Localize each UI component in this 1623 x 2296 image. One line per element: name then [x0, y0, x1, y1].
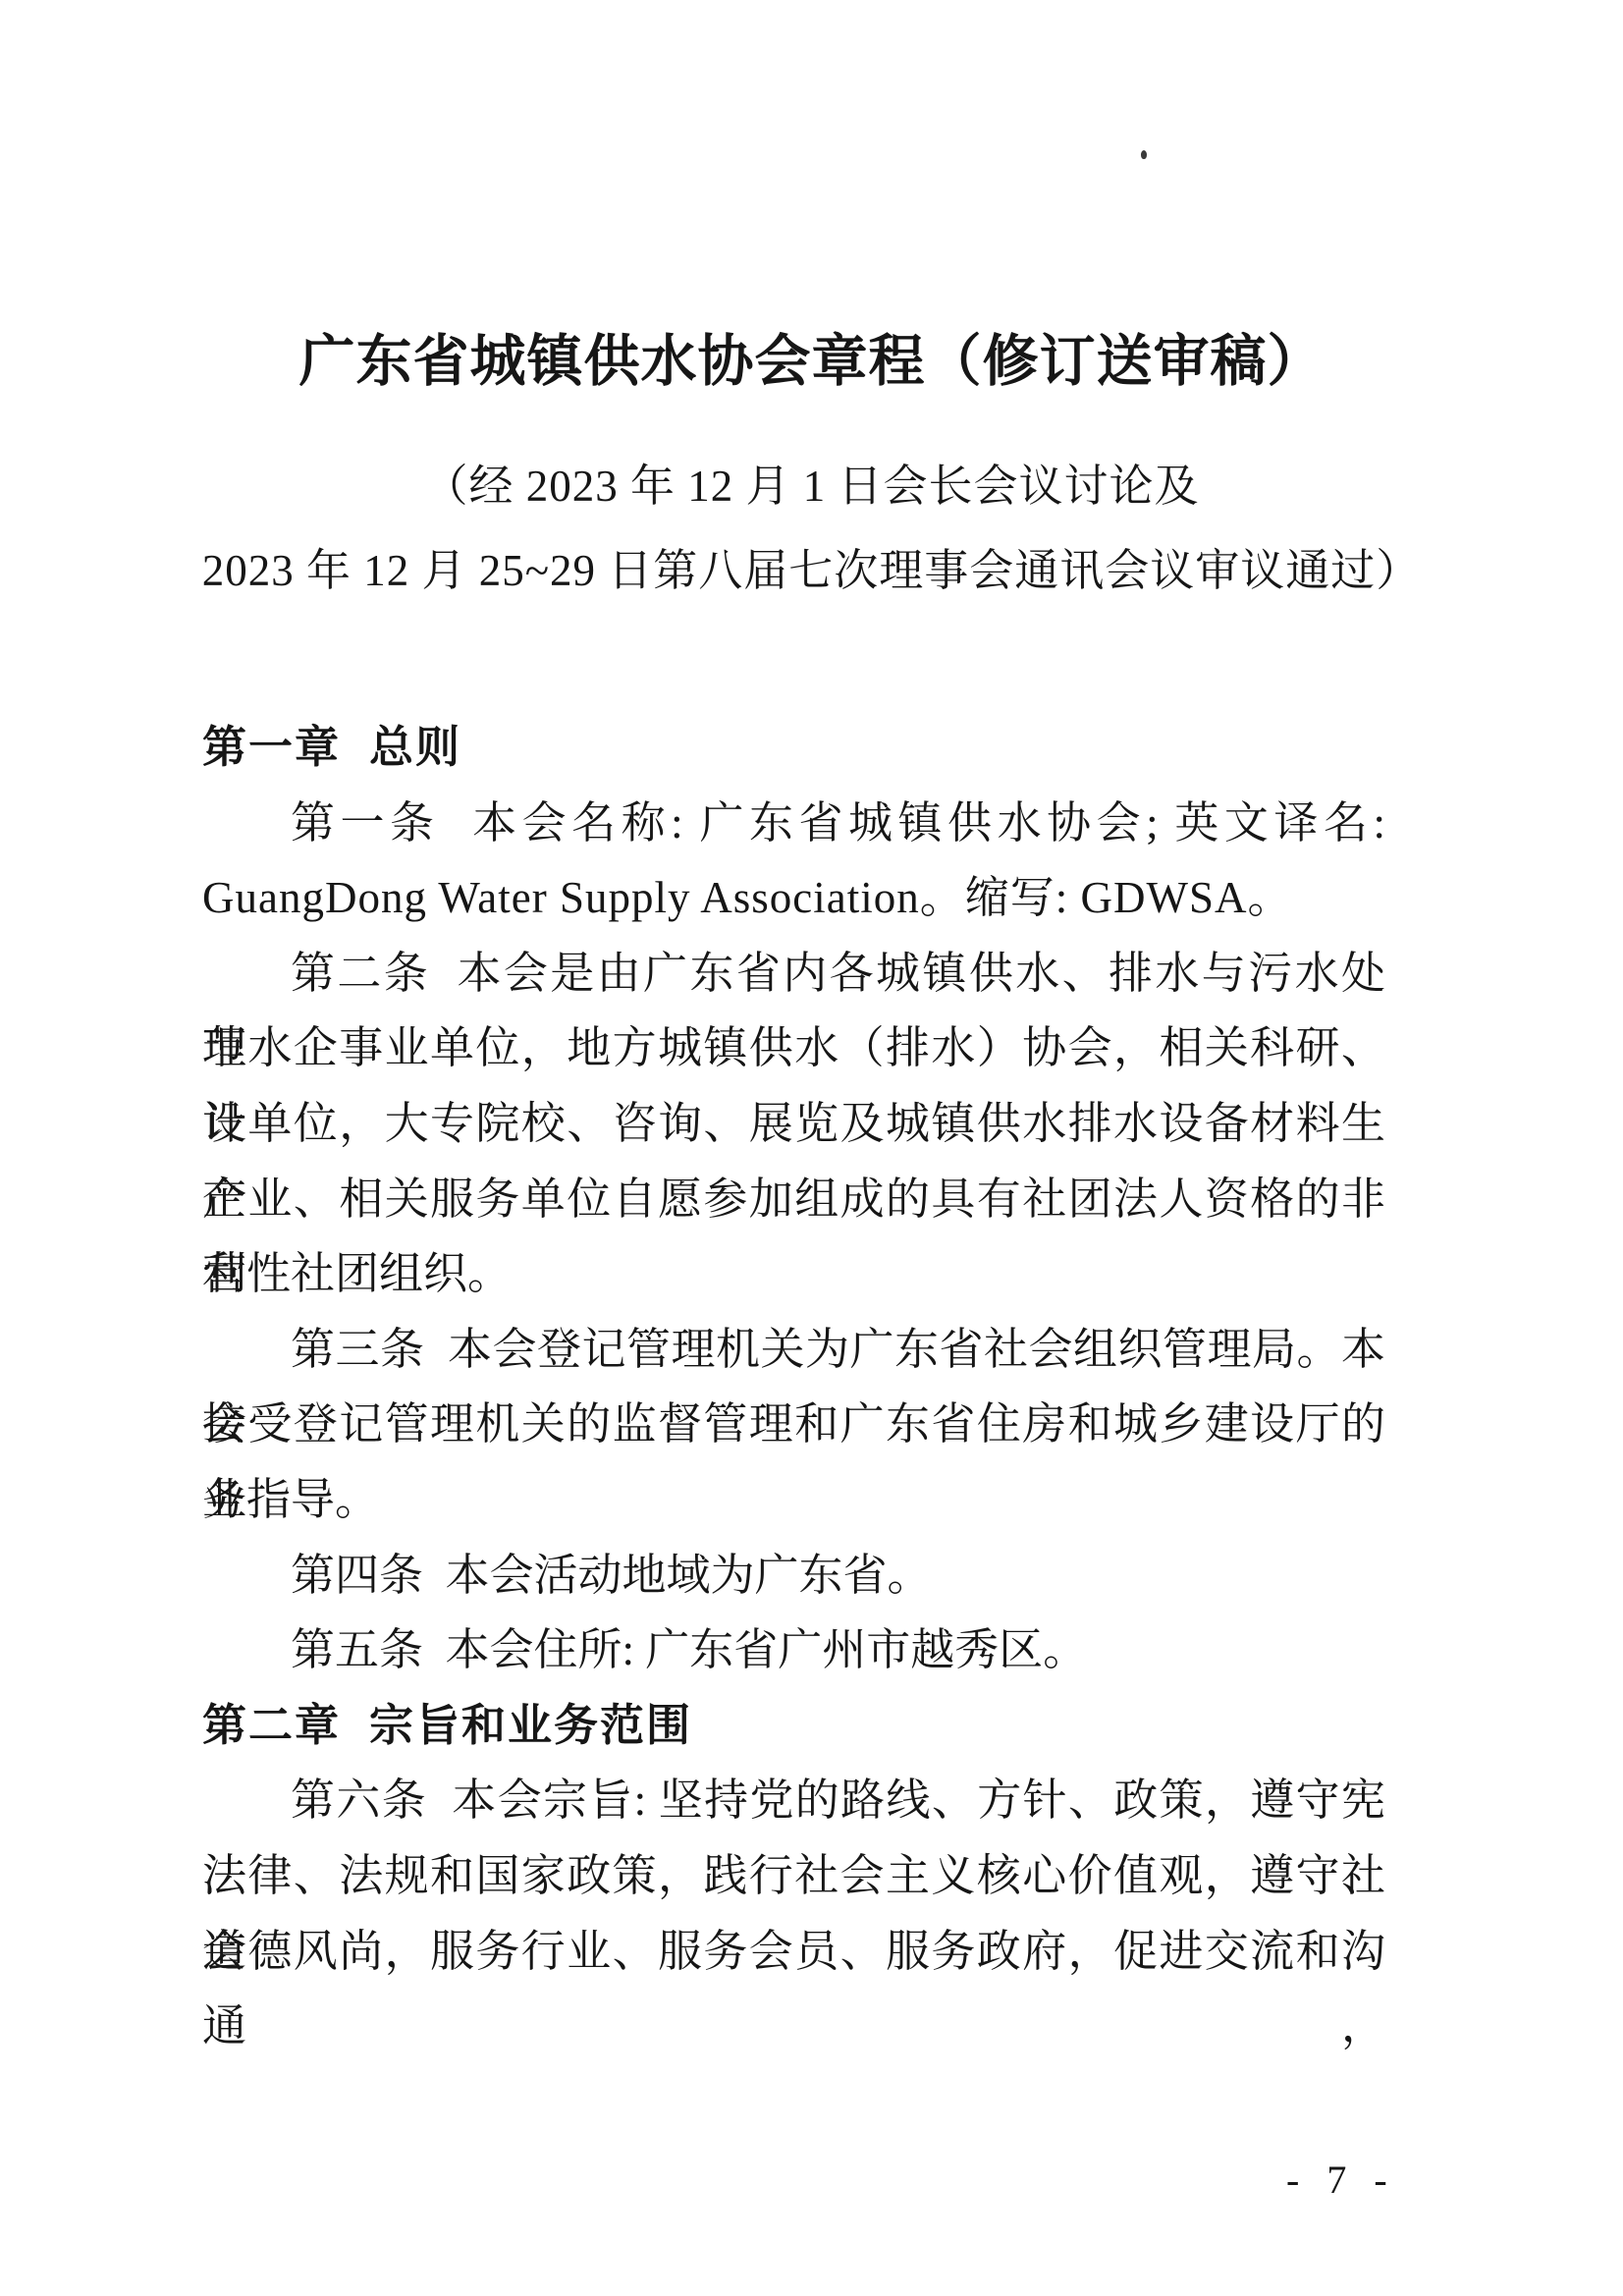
body-line: 第三条 本会登记管理机关为广东省社会组织管理局。本会: [202, 1312, 1385, 1388]
page-number: - 7 -: [1286, 2157, 1396, 2203]
document-body: 第一章 总则 第一条 本会名称: 广东省城镇供水协会; 英文译名: GuangD…: [202, 710, 1385, 1989]
body-line: 利性社团组织。: [202, 1236, 1385, 1312]
body-line: 计单位，大专院校、咨询、展览及城镇供水排水设备材料生产: [202, 1086, 1385, 1162]
body-line: 接受登记管理机关的监督管理和广东省住房和城乡建设厅的业: [202, 1387, 1385, 1462]
body-line-english: GuangDong Water Supply Association。缩写: G…: [202, 860, 1385, 936]
body-line: 务指导。: [202, 1462, 1385, 1538]
body-line: 第六条 本会宗旨: 坚持党的路线、方针、政策，遵守宪法、: [202, 1763, 1385, 1838]
body-line: 第二条 本会是由广东省内各城镇供水、排水与污水处理、: [202, 936, 1385, 1011]
body-line: 法律、法规和国家政策，践行社会主义核心价值观，遵守社会: [202, 1838, 1385, 1914]
subtitle-line-2: 2023 年 12 月 25~29 日第八届七次理事会通讯会议审议通过）: [0, 534, 1623, 598]
body-line: 节水企事业单位，地方城镇供水（排水）协会，相关科研、设: [202, 1011, 1385, 1086]
subtitle-line-1: （经 2023 年 12 月 1 日会长会议讨论及: [0, 450, 1623, 514]
stray-ink-dot: [1141, 150, 1147, 159]
body-line: 第五条 本会住所: 广东省广州市越秀区。: [202, 1613, 1385, 1688]
body-line: 第四条 本会活动地域为广东省。: [202, 1538, 1385, 1613]
body-line: 道德风尚，服务行业、服务会员、服务政府，促进交流和沟通，: [202, 1914, 1385, 1990]
chapter-2-heading: 第二章 宗旨和业务范围: [202, 1688, 1385, 1764]
document-title: 广东省城镇供水协会章程（修订送审稿）: [0, 316, 1623, 397]
chapter-1-heading: 第一章 总则: [202, 710, 1385, 786]
body-line: 第一条 本会名称: 广东省城镇供水协会; 英文译名:: [202, 786, 1385, 861]
document-page: 广东省城镇供水协会章程（修订送审稿） （经 2023 年 12 月 1 日会长会…: [0, 0, 1623, 2296]
body-line: 企业、相关服务单位自愿参加组成的具有社团法人资格的非营: [202, 1162, 1385, 1237]
